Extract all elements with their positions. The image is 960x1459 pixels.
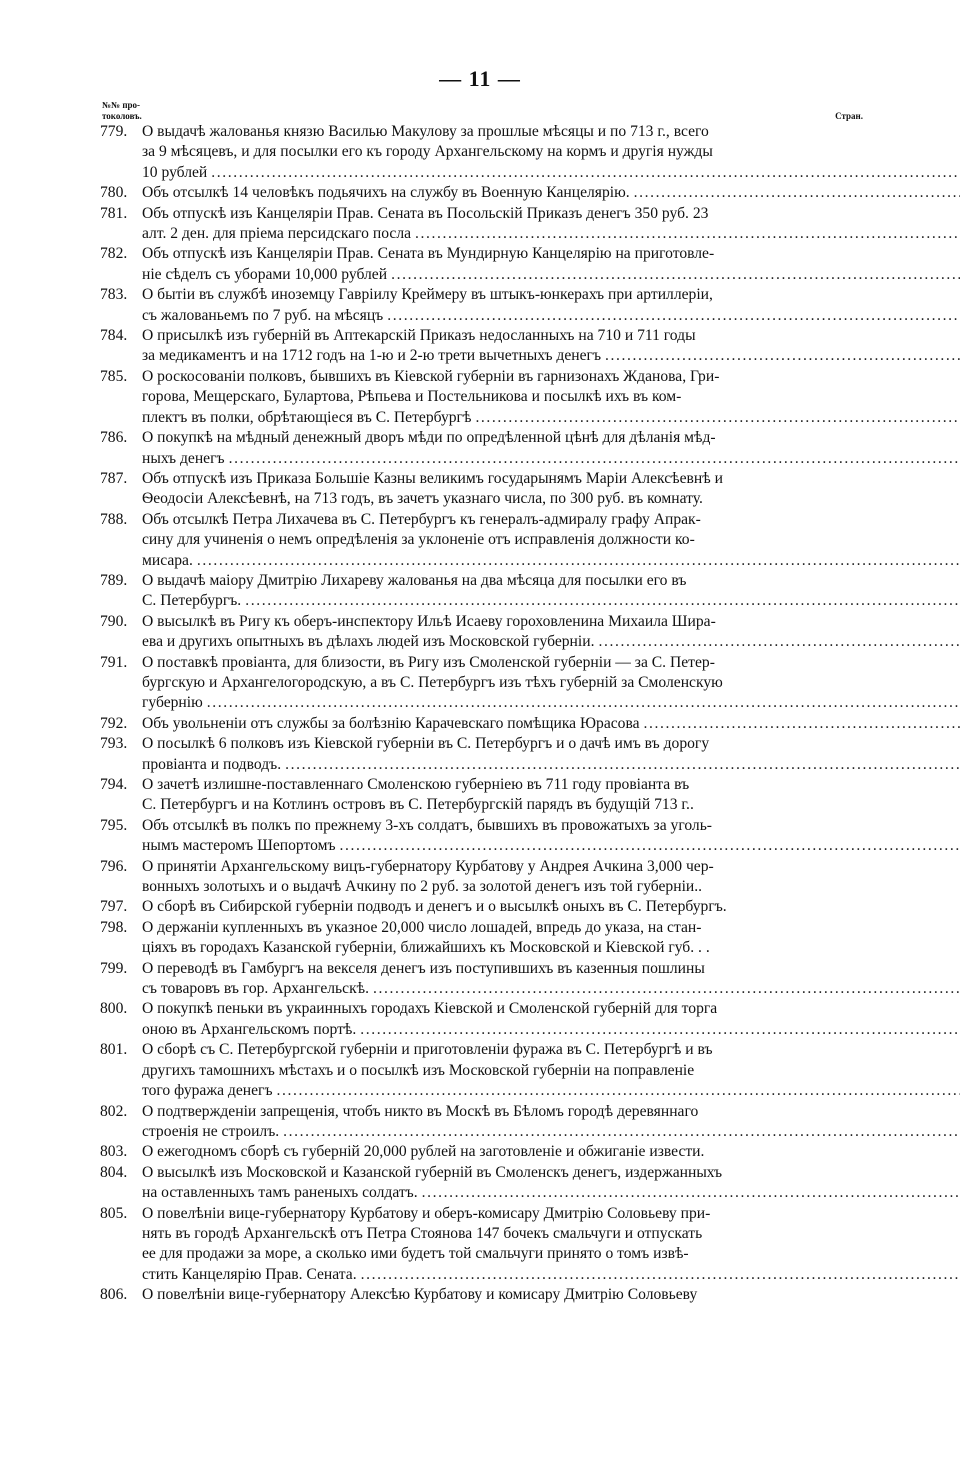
protocol-number: 793.	[100, 734, 142, 754]
column-header-page: Стран.	[835, 111, 863, 121]
entry-line: съ товаровъ въ гор. Архангельскѣ.	[142, 979, 369, 999]
entry-last-line: плектъ въ полки, обрѣтающіеся въ С. Пете…	[142, 408, 960, 428]
dot-leader	[229, 449, 960, 469]
entry-line: О высылкѣ изъ Московской и Казанской губ…	[142, 1163, 960, 1183]
entry-text: Объ отпускѣ изъ Приказа Большіе Казны ве…	[142, 469, 960, 510]
entry-line: О поставкѣ провіанта, для близости, въ Р…	[142, 653, 960, 673]
dot-leader	[277, 1081, 960, 1101]
column-header-line1: №№ про-	[102, 100, 142, 111]
entry-line: О присылкѣ изъ губерній въ Аптекарскій П…	[142, 326, 960, 346]
entry-text: О бытіи въ службѣ иноземцу Гавріилу Крей…	[142, 285, 960, 326]
entry-line: того фуража денегъ	[142, 1081, 273, 1101]
dot-leader	[387, 306, 960, 326]
list-item: 794.О зачетѣ излишне-поставленнаго Смоле…	[100, 775, 866, 816]
list-item: 781.Объ отпускѣ изъ Канцеляріи Прав. Сен…	[100, 204, 866, 245]
entry-text: О переводѣ въ Гамбургъ на векселя денегъ…	[142, 959, 960, 1000]
list-item: 785.О роскосованіи полковъ, бывшихъ въ К…	[100, 367, 866, 428]
entry-text: О подтвержденіи запрещенія, чтобъ никто …	[142, 1102, 960, 1143]
entry-line: другихъ тамошнихъ мѣстахъ и о посылкѣ из…	[142, 1061, 960, 1081]
protocol-number: 781.	[100, 204, 142, 224]
protocol-number: 782.	[100, 244, 142, 264]
dot-leader	[340, 836, 960, 856]
entry-last-line: строенія не строилъ.269	[142, 1122, 960, 1142]
entry-line: О бытіи въ службѣ иноземцу Гавріилу Крей…	[142, 285, 960, 305]
protocol-number: 802.	[100, 1102, 142, 1122]
protocol-number: 783.	[100, 285, 142, 305]
protocol-number: 805.	[100, 1204, 142, 1224]
dot-leader	[415, 224, 960, 244]
entry-last-line: С. Петербургъ и на Котлинъ островъ въ С.…	[142, 795, 960, 815]
entry-line: Объ отпускѣ изъ Приказа Большіе Казны ве…	[142, 469, 960, 489]
entry-last-line: стить Канцелярію Прав. Сената.272	[142, 1265, 960, 1285]
entry-line: О ежегодномъ сборѣ съ губерній 20,000 ру…	[142, 1142, 704, 1162]
entry-line: нымъ мастеромъ Шепортомъ	[142, 836, 336, 856]
list-item: 805.О повелѣніи вице-губернатору Курбато…	[100, 1204, 866, 1286]
entry-line: на оставленныхъ тамъ раненыхъ солдатъ.	[142, 1183, 418, 1203]
entry-line: за медикаментъ и на 1712 годъ на 1-ю и 2…	[142, 346, 601, 366]
dot-leader	[475, 408, 960, 428]
entry-line: оною въ Архангельскомъ портѣ.	[142, 1020, 356, 1040]
list-item: 796.О принятіи Архангельскому вицъ-губер…	[100, 857, 866, 898]
entry-last-line: губернію257	[142, 693, 960, 713]
entry-line: съ жалованьемъ по 7 руб. на мѣсяцъ	[142, 306, 383, 326]
entry-line: ціяхъ въ городахъ Казанской губерніи, бл…	[142, 938, 710, 958]
entry-line: О покупкѣ пеньки въ украинныхъ городахъ …	[142, 999, 960, 1019]
protocol-number: 784.	[100, 326, 142, 346]
entry-last-line: ніе сѣделъ съ уборами 10,000 рублей244	[142, 265, 960, 285]
entry-last-line: алт. 2 ден. для пріема персидскаго посла…	[142, 224, 960, 244]
dot-leader	[197, 551, 960, 571]
entry-last-line: С. Петербургъ.255	[142, 591, 960, 611]
protocol-number: 804.	[100, 1163, 142, 1183]
entry-line: С. Петербургъ и на Котлинъ островъ въ С.…	[142, 795, 694, 815]
entry-line: 10 рублей	[142, 163, 207, 183]
protocol-number: 790.	[100, 612, 142, 632]
entry-last-line: 10 рублей242	[142, 163, 960, 183]
entry-line: О выдачѣ маіору Дмитрію Лихареву жалован…	[142, 571, 960, 591]
entry-line: О выдачѣ жалованья князю Василью Макулов…	[142, 122, 960, 142]
entry-line: провіанта и подводъ.	[142, 755, 281, 775]
protocol-number: 780.	[100, 183, 142, 203]
entry-text: О посылкѣ 6 полковъ изъ Кіевской губерні…	[142, 734, 960, 775]
list-item: 798.О держаніи купленныхъ въ указное 20,…	[100, 918, 866, 959]
protocol-number: 801.	[100, 1040, 142, 1060]
entry-line: мисара.	[142, 551, 193, 571]
entry-text: О покупкѣ на мѣдный денежный дворъ мѣди …	[142, 428, 960, 469]
entry-line: ева и другихъ опытныхъ въ дѣлахъ людей и…	[142, 632, 594, 652]
list-item: 784.О присылкѣ изъ губерній въ Аптекарск…	[100, 326, 866, 367]
entry-text: О зачетѣ излишне-поставленнаго Смоленско…	[142, 775, 960, 816]
entry-text: О принятіи Архангельскому вицъ-губернато…	[142, 857, 960, 898]
entry-text: О присылкѣ изъ губерній въ Аптекарскій П…	[142, 326, 960, 367]
entry-last-line: на оставленныхъ тамъ раненыхъ солдатъ.27…	[142, 1183, 960, 1203]
protocol-number: 796.	[100, 857, 142, 877]
list-item: 802.О подтвержденіи запрещенія, чтобъ ни…	[100, 1102, 866, 1143]
list-item: 803.О ежегодномъ сборѣ съ губерній 20,00…	[100, 1142, 866, 1162]
dot-leader	[373, 979, 960, 999]
dot-leader	[285, 755, 960, 775]
list-item: 799.О переводѣ въ Гамбургъ на векселя де…	[100, 959, 866, 1000]
list-item: 790.О высылкѣ въ Ригу къ оберъ-инспектор…	[100, 612, 866, 653]
entry-line: ніе сѣделъ съ уборами 10,000 рублей	[142, 265, 387, 285]
list-item: 806.О повелѣніи вице-губернатору Алексѣю…	[100, 1285, 866, 1305]
entry-line: О повелѣніи вице-губернатору Алексѣю Кур…	[142, 1285, 697, 1305]
entry-line: бургскую и Архангелогородскую, а въ С. П…	[142, 673, 960, 693]
entry-text: Объ отсылкѣ въ полкъ по прежнему 3-хъ со…	[142, 816, 960, 857]
entry-line: нять въ городѣ Архангельскѣ отъ Петра Ст…	[142, 1224, 960, 1244]
entry-text: О высылкѣ въ Ригу къ оберъ-инспектору Ил…	[142, 612, 960, 653]
entry-last-line: О ежегодномъ сборѣ съ губерній 20,000 ру…	[142, 1142, 960, 1162]
entry-line: Объ увольненіи отъ службы за болѣзнію Ка…	[142, 714, 640, 734]
entry-last-line: съ жалованьемъ по 7 руб. на мѣсяцъ247	[142, 306, 960, 326]
entry-line: Объ отсылкѣ въ полкъ по прежнему 3-хъ со…	[142, 816, 960, 836]
entry-text: О повелѣніи вице-губернатору Алексѣю Кур…	[142, 1285, 960, 1305]
entry-text: О выдачѣ жалованья князю Василью Макулов…	[142, 122, 960, 183]
entry-line: горова, Мещерскаго, Булартова, Рѣпьева и…	[142, 387, 960, 407]
list-item: 804.О высылкѣ изъ Московской и Казанской…	[100, 1163, 866, 1204]
dot-leader	[422, 1183, 960, 1203]
entry-line: Объ отсылкѣ Петра Лихачева въ С. Петербу…	[142, 510, 960, 530]
entry-last-line: нымъ мастеромъ Шепортомъ260	[142, 836, 960, 856]
entry-line: строенія не строилъ.	[142, 1122, 279, 1142]
protocol-number: 799.	[100, 959, 142, 979]
entry-text: О высылкѣ изъ Московской и Казанской губ…	[142, 1163, 960, 1204]
entry-last-line: съ товаровъ въ гор. Архангельскѣ.263	[142, 979, 960, 999]
entry-last-line: за медикаментъ и на 1712 годъ на 1-ю и 2…	[142, 346, 960, 366]
entry-line: С. Петербургъ.	[142, 591, 241, 611]
entry-text: О роскосованіи полковъ, бывшихъ въ Кіевс…	[142, 367, 960, 428]
entry-text: О покупкѣ пеньки въ украинныхъ городахъ …	[142, 999, 960, 1040]
entry-line: за 9 мѣсяцевъ, и для посылки его къ горо…	[142, 142, 960, 162]
list-item: 780.Объ отсылкѣ 14 человѣкъ подьячихъ на…	[100, 183, 866, 203]
column-header-protocol-numbers: №№ про- токоловъ.	[102, 100, 142, 122]
dot-leader	[360, 1020, 960, 1040]
dot-leader	[391, 265, 960, 285]
entry-text: О поставкѣ провіанта, для близости, въ Р…	[142, 653, 960, 714]
protocol-number: 798.	[100, 918, 142, 938]
entry-line: О сборѣ съ С. Петербургской губерніи и п…	[142, 1040, 960, 1060]
dot-leader	[598, 632, 960, 652]
list-item: 795.Объ отсылкѣ въ полкъ по прежнему 3-х…	[100, 816, 866, 857]
entry-text: Объ отсылкѣ 14 человѣкъ подьячихъ на слу…	[142, 183, 960, 203]
entry-line: вонныхъ золотыхъ и о выдачѣ Ачкину по 2 …	[142, 877, 702, 897]
entry-text: О ежегодномъ сборѣ съ губерній 20,000 ру…	[142, 1142, 960, 1162]
list-item: 801.О сборѣ съ С. Петербургской губерніи…	[100, 1040, 866, 1101]
entry-line: стить Канцелярію Прав. Сената.	[142, 1265, 357, 1285]
protocol-number: 779.	[100, 122, 142, 142]
entry-line: Объ отсылкѣ 14 человѣкъ подьячихъ на слу…	[142, 183, 630, 203]
entry-line: ныхъ денегъ	[142, 449, 225, 469]
entry-line: Ѳеодосіи Алексѣевнѣ, на 713 годъ, въ зач…	[142, 489, 703, 509]
protocol-number: 800.	[100, 999, 142, 1019]
list-item: 787.Объ отпускѣ изъ Приказа Большіе Казн…	[100, 469, 866, 510]
entry-line: Объ отпускѣ изъ Канцеляріи Прав. Сената …	[142, 244, 960, 264]
entry-line: О роскосованіи полковъ, бывшихъ въ Кіевс…	[142, 367, 960, 387]
entry-text: О повелѣніи вице-губернатору Курбатову и…	[142, 1204, 960, 1286]
entry-line: алт. 2 ден. для пріема персидскаго посла	[142, 224, 411, 244]
entry-last-line: ціяхъ въ городахъ Казанской губерніи, бл…	[142, 938, 960, 958]
entry-text: О выдачѣ маіору Дмитрію Лихареву жалован…	[142, 571, 960, 612]
entry-line: О держаніи купленныхъ въ указное 20,000 …	[142, 918, 960, 938]
protocol-number: 791.	[100, 653, 142, 673]
dot-leader	[283, 1122, 960, 1142]
entry-text: О сборѣ въ Сибирской губерніи подводъ и …	[142, 897, 960, 917]
protocol-number: 803.	[100, 1142, 142, 1162]
entry-last-line: Ѳеодосіи Алексѣевнѣ, на 713 годъ, въ зач…	[142, 489, 960, 509]
dot-leader	[634, 183, 960, 203]
entry-line: О переводѣ въ Гамбургъ на векселя денегъ…	[142, 959, 960, 979]
dot-leader	[644, 714, 960, 734]
entry-last-line: провіанта и подводъ.258	[142, 755, 960, 775]
entry-last-line: О повелѣніи вице-губернатору Алексѣю Кур…	[142, 1285, 960, 1305]
protocol-number: 787.	[100, 469, 142, 489]
dot-leader	[207, 693, 960, 713]
protocol-number: 797.	[100, 897, 142, 917]
entry-text: Объ увольненіи отъ службы за болѣзнію Ка…	[142, 714, 960, 734]
protocol-number: 794.	[100, 775, 142, 795]
list-item: 783.О бытіи въ службѣ иноземцу Гавріилу …	[100, 285, 866, 326]
entry-last-line: Объ отсылкѣ 14 человѣкъ подьячихъ на слу…	[142, 183, 960, 203]
protocol-number: 792.	[100, 714, 142, 734]
protocol-number: 806.	[100, 1285, 142, 1305]
list-item: 791.О поставкѣ провіанта, для близости, …	[100, 653, 866, 714]
protocol-number: 795.	[100, 816, 142, 836]
protocol-number: 785.	[100, 367, 142, 387]
list-item: 793.О посылкѣ 6 полковъ изъ Кіевской губ…	[100, 734, 866, 775]
entry-line: О покупкѣ на мѣдный денежный дворъ мѣди …	[142, 428, 960, 448]
dot-leader	[211, 163, 960, 183]
dot-leader	[245, 591, 960, 611]
entry-text: О держаніи купленныхъ въ указное 20,000 …	[142, 918, 960, 959]
list-item: 788.Объ отсылкѣ Петра Лихачева въ С. Пет…	[100, 510, 866, 571]
dot-leader	[605, 346, 960, 366]
entry-last-line: оною въ Архангельскомъ портѣ.264	[142, 1020, 960, 1040]
list-item: 782.Объ отпускѣ изъ Канцеляріи Прав. Сен…	[100, 244, 866, 285]
entry-last-line: ева и другихъ опытныхъ въ дѣлахъ людей и…	[142, 632, 960, 652]
protocol-number: 786.	[100, 428, 142, 448]
entry-last-line: Объ увольненіи отъ службы за болѣзнію Ка…	[142, 714, 960, 734]
entry-line: Объ отпускѣ изъ Канцеляріи Прав. Сената …	[142, 204, 960, 224]
entry-line: сину для учиненія о немъ опредѣленія за …	[142, 530, 960, 550]
entry-text: Объ отпускѣ изъ Канцеляріи Прав. Сената …	[142, 204, 960, 245]
list-item: 789.О выдачѣ маіору Дмитрію Лихареву жал…	[100, 571, 866, 612]
entry-line: О сборѣ въ Сибирской губерніи подводъ и …	[142, 897, 727, 917]
dot-leader	[361, 1265, 960, 1285]
entry-line: О принятіи Архангельскому вицъ-губернато…	[142, 857, 960, 877]
entry-last-line: вонныхъ золотыхъ и о выдачѣ Ачкину по 2 …	[142, 877, 960, 897]
entry-line: О высылкѣ въ Ригу къ оберъ-инспектору Ил…	[142, 612, 960, 632]
list-item: 786.О покупкѣ на мѣдный денежный дворъ м…	[100, 428, 866, 469]
protocol-number: 788.	[100, 510, 142, 530]
entry-line: О подтвержденіи запрещенія, чтобъ никто …	[142, 1102, 960, 1122]
entry-line: О зачетѣ излишне-поставленнаго Смоленско…	[142, 775, 960, 795]
entry-last-line: мисара.253	[142, 551, 960, 571]
list-item: 797.О сборѣ въ Сибирской губерніи подвод…	[100, 897, 866, 917]
list-item: 800.О покупкѣ пеньки въ украинныхъ город…	[100, 999, 866, 1040]
entry-text: Объ отсылкѣ Петра Лихачева въ С. Петербу…	[142, 510, 960, 571]
entry-line: плектъ въ полки, обрѣтающіеся въ С. Пете…	[142, 408, 471, 428]
entry-line: О посылкѣ 6 полковъ изъ Кіевской губерні…	[142, 734, 960, 754]
entry-last-line: ныхъ денегъ252	[142, 449, 960, 469]
list-item: 792.Объ увольненіи отъ службы за болѣзні…	[100, 714, 866, 734]
entry-text: Объ отпускѣ изъ Канцеляріи Прав. Сената …	[142, 244, 960, 285]
entry-text: О сборѣ съ С. Петербургской губерніи и п…	[142, 1040, 960, 1101]
page-number: — 11 —	[0, 66, 960, 92]
entry-last-line: О сборѣ въ Сибирской губерніи подводъ и …	[142, 897, 960, 917]
entry-last-line: того фуража денегъ264	[142, 1081, 960, 1101]
entry-line: губернію	[142, 693, 203, 713]
list-item: 779.О выдачѣ жалованья князю Василью Мак…	[100, 122, 866, 183]
entry-line: ее для продажи за море, а сколько ими бу…	[142, 1244, 960, 1264]
entry-line: О повелѣніи вице-губернатору Курбатову и…	[142, 1204, 960, 1224]
column-header-line2: токоловъ.	[102, 111, 142, 122]
table-of-contents-list: 779.О выдачѣ жалованья князю Василью Мак…	[100, 122, 866, 1306]
protocol-number: 789.	[100, 571, 142, 591]
